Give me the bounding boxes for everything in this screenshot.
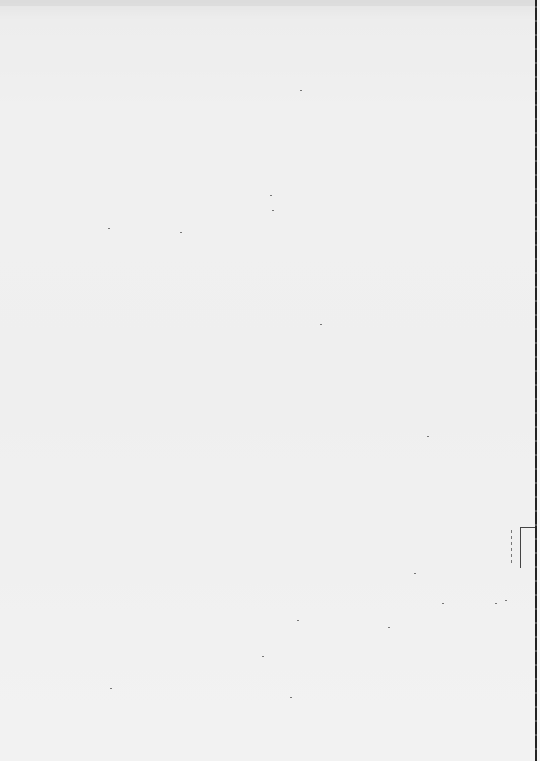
speck (388, 627, 390, 628)
speck (110, 688, 112, 689)
scan-shadow-band (0, 0, 536, 6)
speck (505, 600, 507, 601)
speck (427, 436, 429, 437)
speck (442, 603, 444, 604)
speck (495, 603, 497, 604)
speck (272, 210, 274, 211)
speck (320, 324, 322, 325)
speck (270, 195, 272, 196)
speck (414, 573, 416, 574)
margin-tick-marks (511, 530, 512, 566)
speck (290, 697, 292, 698)
speck (262, 656, 264, 657)
speck (297, 620, 299, 621)
speck (180, 232, 182, 233)
binding-bracket-mark (520, 527, 535, 568)
scanned-page (0, 0, 536, 761)
speck (300, 90, 302, 91)
speck (108, 228, 110, 229)
